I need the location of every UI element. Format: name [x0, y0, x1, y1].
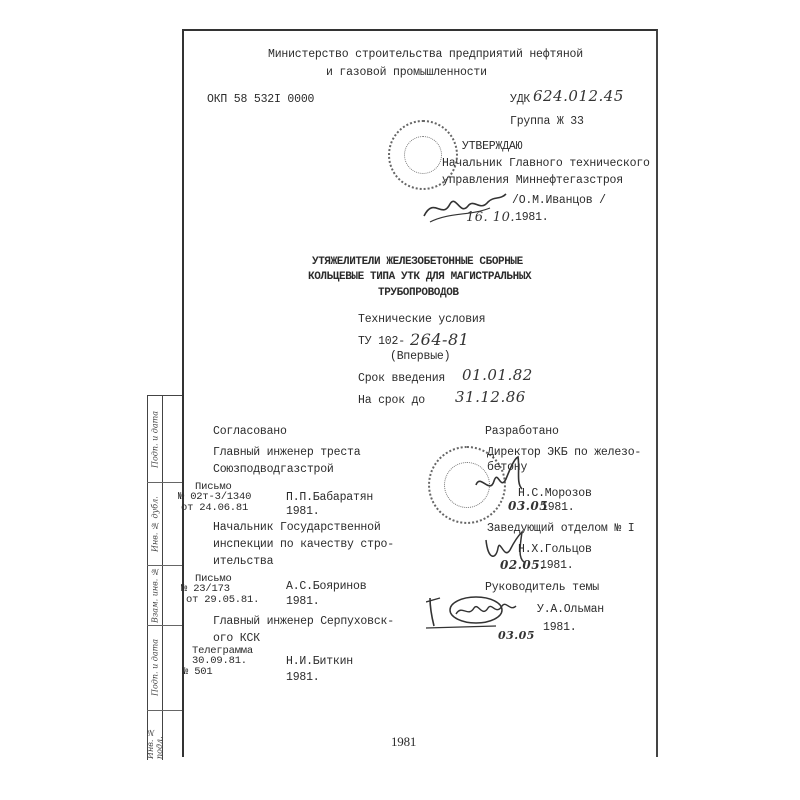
approval-date-handwritten: 16. 10. [466, 210, 515, 225]
side-archival-strip: Подп. и дата Инв. № дубл. Взам. инв. № П… [147, 395, 182, 760]
doc-title-line-1: УТЯЖЕЛИТЕЛИ ЖЕЛЕЗОБЕТОННЫЕ СБОРНЫЕ [312, 256, 523, 268]
udk-label: УДК [510, 93, 530, 106]
intro-date-label: Срок введения [358, 372, 445, 385]
developed-2-year: 1981. [540, 559, 574, 572]
ministry-line-1: Министерство строительства предприятий н… [268, 48, 583, 61]
agreed-2-position-line-3: ительства [213, 555, 273, 568]
agreed-1-year: 1981. [286, 505, 320, 518]
strip-label-sign-date-2: Подп. и дата [148, 626, 162, 710]
strip-label-orig-inv: Инв. № подл. [148, 711, 162, 759]
agreed-2-position-line-2: инспекции по качеству стро- [213, 538, 394, 551]
group-code: Группа Ж 33 [510, 115, 584, 128]
agreed-1-position-line-1: Главный инженер треста [213, 446, 360, 459]
agreed-2-year: 1981. [286, 595, 320, 608]
agreed-3-ref-line-3: № 501 [182, 667, 213, 678]
developed-1-year: 1981. [541, 501, 575, 514]
developed-3-date-handwritten: 03.05 [498, 629, 535, 642]
agreed-2-name: А.С.Бояринов [286, 580, 366, 593]
agreed-3-name: Н.И.Биткин [286, 655, 353, 668]
developed-3-signature [426, 594, 536, 634]
agreed-heading: Согласовано [213, 425, 287, 438]
strip-label-sign-date-1: Подп. и дата [148, 397, 162, 482]
agreed-2-ref-line-3: от 29.05.81. [186, 595, 259, 606]
tu-prefix: ТУ 102- [358, 335, 405, 348]
ministry-line-2: и газовой промышленности [326, 66, 487, 79]
approval-title: УТВЕРЖДАЮ [462, 140, 522, 153]
agreed-1-ref-line-3: от 24.06.81 [181, 503, 248, 514]
doc-title-line-3: ТРУБОПРОВОДОВ [378, 287, 459, 299]
footer-year: 1981 [391, 734, 416, 750]
agreed-3-position-line-1: Главный инженер Серпуховск- [213, 615, 394, 628]
tu-number: 264-81 [410, 330, 469, 349]
agreed-1-name: П.П.Бабаратян [286, 491, 373, 504]
agreed-3-position-line-2: ого КСК [213, 632, 260, 645]
approval-name: /О.М.Иванцов / [512, 194, 606, 207]
valid-until-label: На срок до [358, 394, 425, 407]
intro-date-value: 01.01.82 [462, 366, 533, 384]
approval-year: 1981. [515, 211, 549, 224]
doc-title-line-2: КОЛЬЦЕВЫЕ ТИПА УТК ДЛЯ МАГИСТРАЛЬНЫХ [308, 271, 531, 283]
developed-heading: Разработано [485, 425, 559, 438]
agreed-2-position-line-1: Начальник Государственной [213, 521, 381, 534]
valid-until-value: 31.12.86 [455, 388, 526, 406]
udk-value: 624.012.45 [533, 87, 624, 105]
doc-subtitle: Технические условия [358, 313, 485, 326]
agreed-3-year: 1981. [286, 671, 320, 684]
agreed-1-position-line-2: Союзподводгазстрой [213, 463, 334, 476]
first-time-note: (Впервые) [390, 350, 450, 363]
strip-label-replace-inv: Взам. инв. № [148, 566, 162, 625]
approval-position-line-1: Начальник Главного технического [442, 157, 650, 170]
developed-3-position-line-1: Руководитель темы [485, 581, 599, 594]
okp-code: ОКП 58 532I 0000 [207, 93, 314, 106]
developed-3-year: 1981. [543, 621, 577, 634]
developed-3-name: У.А.Ольман [537, 603, 604, 616]
developed-2-name: Н.Х.Гольцов [518, 543, 592, 556]
developed-2-date-handwritten: 02.05. [500, 558, 545, 572]
strip-label-dup-inv: Инв. № дубл. [148, 483, 162, 565]
